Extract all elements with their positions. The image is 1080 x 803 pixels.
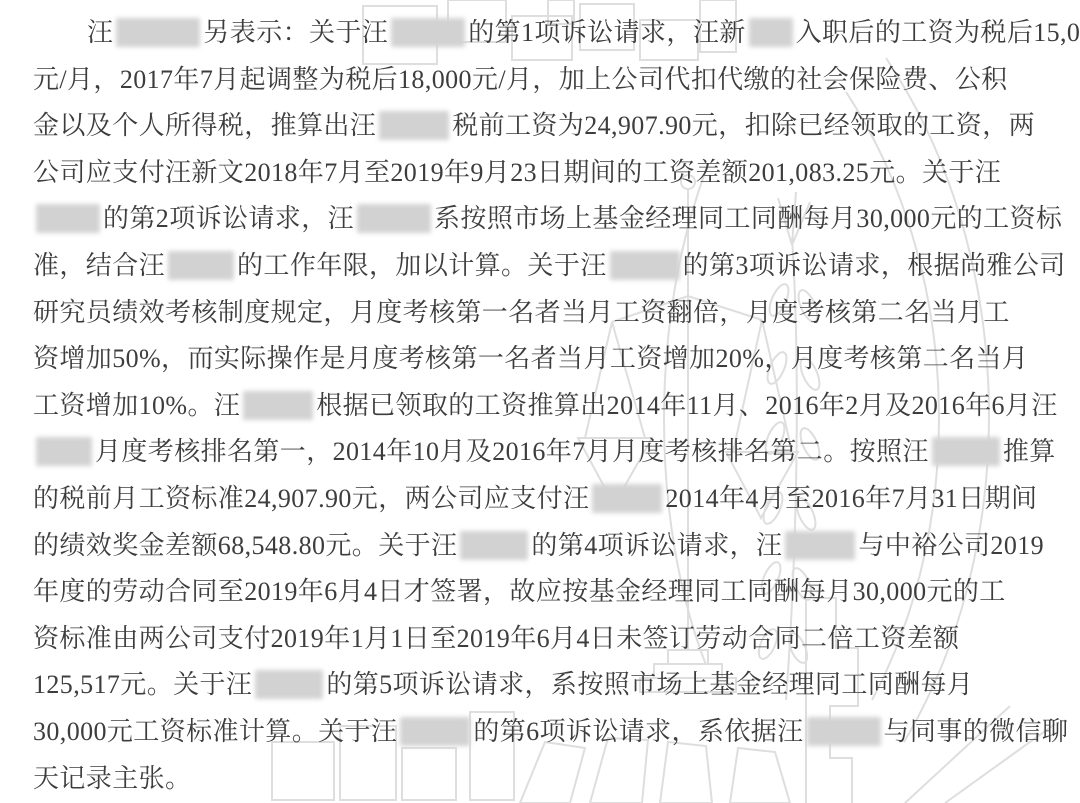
redaction-blur [932,437,1000,466]
document-text: 工资增加10%。汪 [33,391,240,420]
document-text: 的第6项诉讼请求，系依据汪 [473,717,803,746]
document-line: 工资增加10%。汪根据已领取的工资推算出2014年11月、2016年2月及201… [33,383,1068,430]
document-text: 的第5项诉讼请求，系按照市场上基金经理同工同酬每月 [326,670,973,699]
redaction-blur [255,670,323,699]
redaction-blur [116,18,200,47]
document-line: 准，结合汪的工作年限，加以计算。关于汪的第3项诉讼请求，根据尚雅公司 [33,243,1068,290]
document-line: 公司应支付汪新文2018年7月至2019年9月23日期间的工资差额201,083… [33,150,1068,197]
document-text: 税前工资为24,907.90元，扣除已经领取的工资，两 [452,111,1035,140]
document-text: 入职后的工资为税后15,000 [796,18,1080,47]
document-text: 汪 [87,18,113,47]
redaction-blur [36,437,92,466]
document-line: 125,517元。关于汪的第5项诉讼请求，系按照市场上基金经理同工同酬每月 [33,662,1068,709]
document-line: 的税前月工资标准24,907.90元，两公司应支付汪2014年4月至2016年7… [33,476,1068,523]
redaction-blur [391,18,465,47]
document-text: 的绩效奖金差额68,548.80元。关于汪 [33,531,457,560]
document-text: 金以及个人所得税，推算出汪 [33,111,376,140]
document-line: 研究员绩效考核制度规定，月度考核第一名者当月工资翻倍，月度考核第二名当月工 [33,290,1068,337]
document-line: 月度考核排名第一，2014年10月及2016年7月月度考核排名第二。按照汪推算 [33,429,1068,476]
document-text: 天记录主张。 [33,764,191,793]
redaction-blur [592,484,662,513]
document-line: 资标准由两公司支付2019年1月1日至2019年6月4日未签订劳动合同二倍工资差… [33,616,1068,663]
document-text: 30,000元工资标准计算。关于汪 [33,717,397,746]
document-line: 金以及个人所得税，推算出汪税前工资为24,907.90元，扣除已经领取的工资，两 [33,103,1068,150]
document-line: 30,000元工资标准计算。关于汪的第6项诉讼请求，系依据汪与同事的微信聊 [33,709,1068,756]
document-text: 与中裕公司2019 [858,531,1044,560]
document-text: 另表示：关于汪 [203,18,388,47]
document-text: 元/月，2017年7月起调整为税后18,000元/月，加上公司代扣代缴的社会保险… [33,65,1008,94]
document-text: 的税前月工资标准24,907.90元，两公司应支付汪 [33,484,589,513]
document-line: 资增加50%，而实际操作是月度考核第一名者当月工资增加20%，月度考核第二名当月 [33,336,1068,383]
redaction-blur [168,251,234,280]
document-text: 的第4项诉讼请求，汪 [531,531,782,560]
document-text: 的第1项诉讼请求，汪新 [468,18,745,47]
document-body: 汪另表示：关于汪的第1项诉讼请求，汪新入职后的工资为税后15,000元/月，20… [33,10,1068,802]
redaction-blur [460,531,528,560]
redaction-blur [610,251,680,280]
document-text: 系按照市场上基金经理同工同酬每月30,000元的工资标 [434,204,1062,233]
document-text: 的工作年限，加以计算。关于汪 [237,251,607,280]
document-text: 2014年4月至2016年7月31日期间 [665,484,1037,513]
document-line: 年度的劳动合同至2019年6月4日才签署，故应按基金经理同工同酬每月30,000… [33,569,1068,616]
redaction-blur [357,204,431,233]
redaction-blur [36,204,100,233]
document-text: 研究员绩效考核制度规定，月度考核第一名者当月工资翻倍，月度考核第二名当月工 [33,298,1010,327]
document-text: 的第2项诉讼请求，汪 [103,204,354,233]
document-line: 汪另表示：关于汪的第1项诉讼请求，汪新入职后的工资为税后15,000 [33,10,1068,57]
redaction-blur [807,717,881,746]
document-text: 125,517元。关于汪 [33,670,252,699]
document-text: 资增加50%，而实际操作是月度考核第一名者当月工资增加20%，月度考核第二名当月 [33,344,1028,373]
document-text: 资标准由两公司支付2019年1月1日至2019年6月4日未签订劳动合同二倍工资差… [33,624,959,653]
document-line: 天记录主张。 [33,756,1068,803]
redaction-blur [243,391,313,420]
document-line: 的第2项诉讼请求，汪系按照市场上基金经理同工同酬每月30,000元的工资标 [33,196,1068,243]
document-text: 准，结合汪 [33,251,165,280]
judgment-document-page: 汪另表示：关于汪的第1项诉讼请求，汪新入职后的工资为税后15,000元/月，20… [0,0,1080,803]
document-text: 的第3项诉讼请求，根据尚雅公司 [683,251,1066,280]
redaction-blur [379,111,449,140]
redaction-blur [785,531,855,560]
document-text: 根据已领取的工资推算出2014年11月、2016年2月及2016年6月汪 [316,391,1057,420]
document-text: 公司应支付汪新文2018年7月至2019年9月23日期间的工资差额201,083… [33,158,1001,187]
redaction-blur [749,18,793,47]
document-text: 与同事的微信聊 [884,717,1069,746]
document-text: 推算 [1003,437,1056,466]
document-line: 的绩效奖金差额68,548.80元。关于汪的第4项诉讼请求，汪与中裕公司2019 [33,523,1068,570]
document-text: 年度的劳动合同至2019年6月4日才签署，故应按基金经理同工同酬每月30,000… [33,577,1006,606]
document-text: 月度考核排名第一，2014年10月及2016年7月月度考核排名第二。按照汪 [95,437,929,466]
redaction-blur [400,717,470,746]
document-line: 元/月，2017年7月起调整为税后18,000元/月，加上公司代扣代缴的社会保险… [33,57,1068,104]
